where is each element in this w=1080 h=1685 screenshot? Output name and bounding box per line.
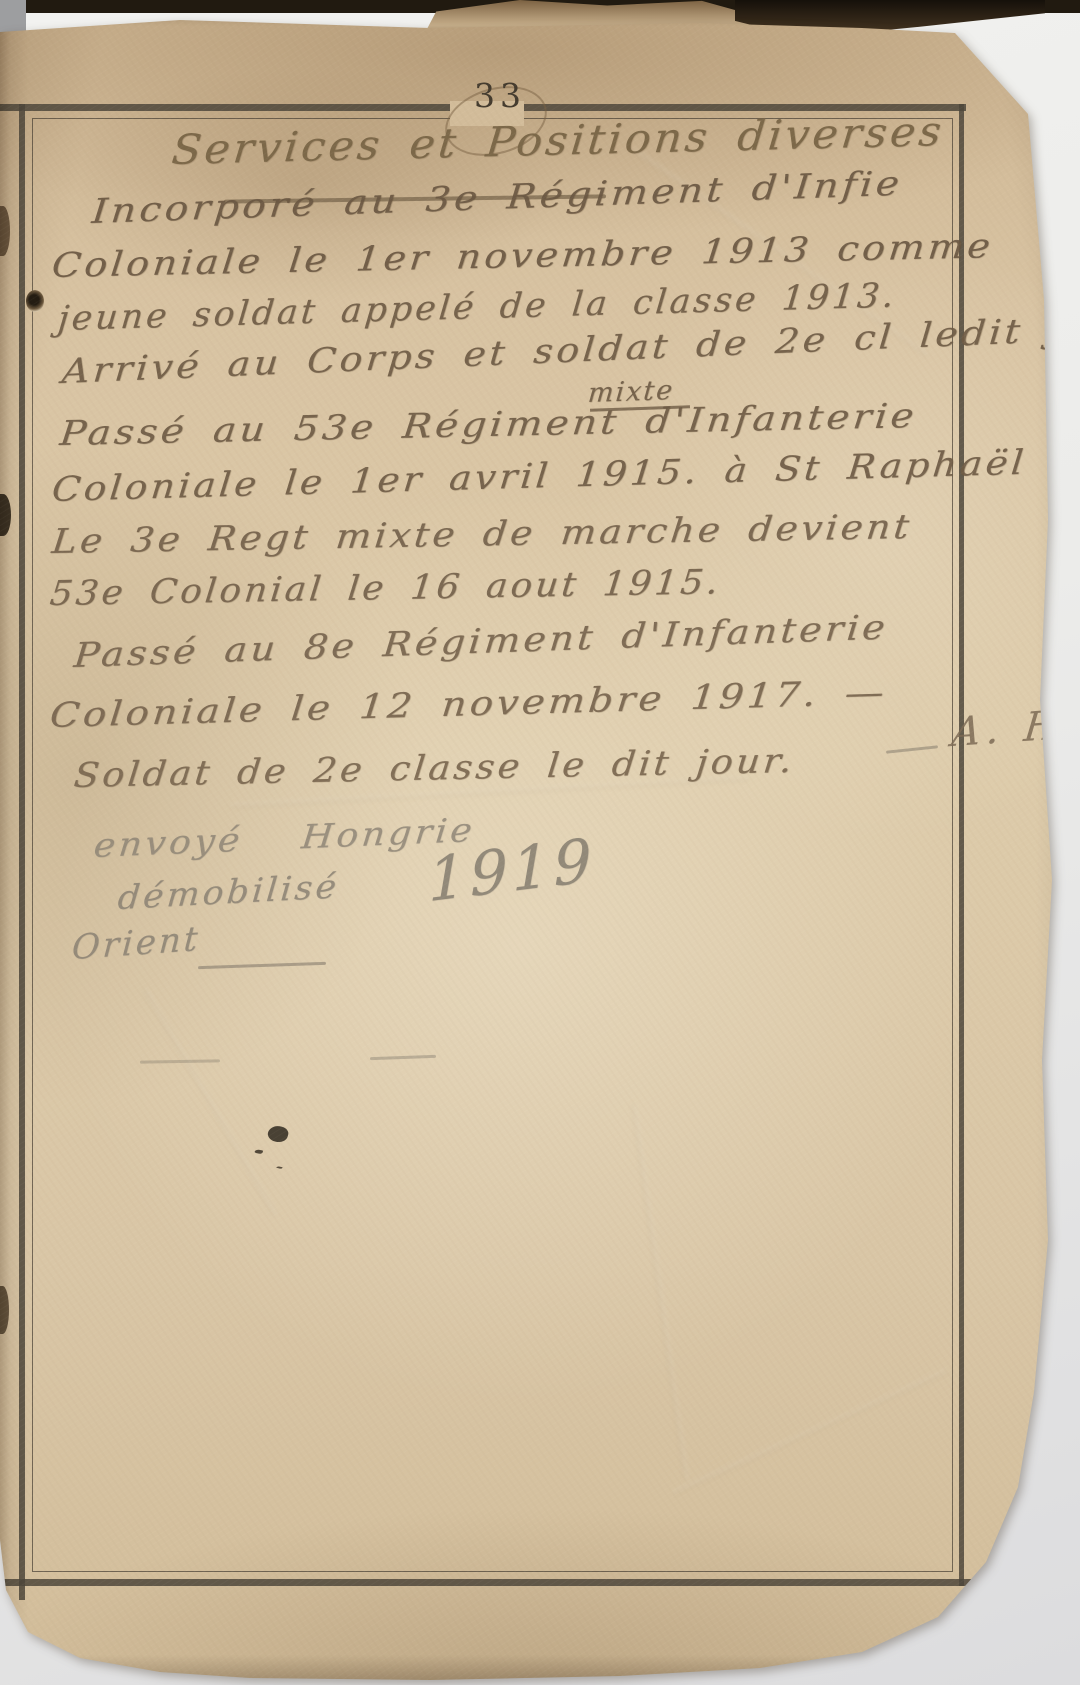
- page-number: 33: [474, 76, 526, 115]
- frame-rule-left: [19, 104, 25, 1600]
- frame-rule-bottom: [0, 1579, 972, 1586]
- booklet-page: 33 Services et Positions diverses Incorp…: [0, 0, 1080, 1685]
- scanned-document: 33 Services et Positions diverses Incorp…: [0, 0, 1080, 1685]
- margin-initials: A. H.: [950, 701, 1080, 757]
- page-wrap: 33 Services et Positions diverses Incorp…: [0, 0, 1080, 1685]
- stitch-hole: [26, 290, 44, 312]
